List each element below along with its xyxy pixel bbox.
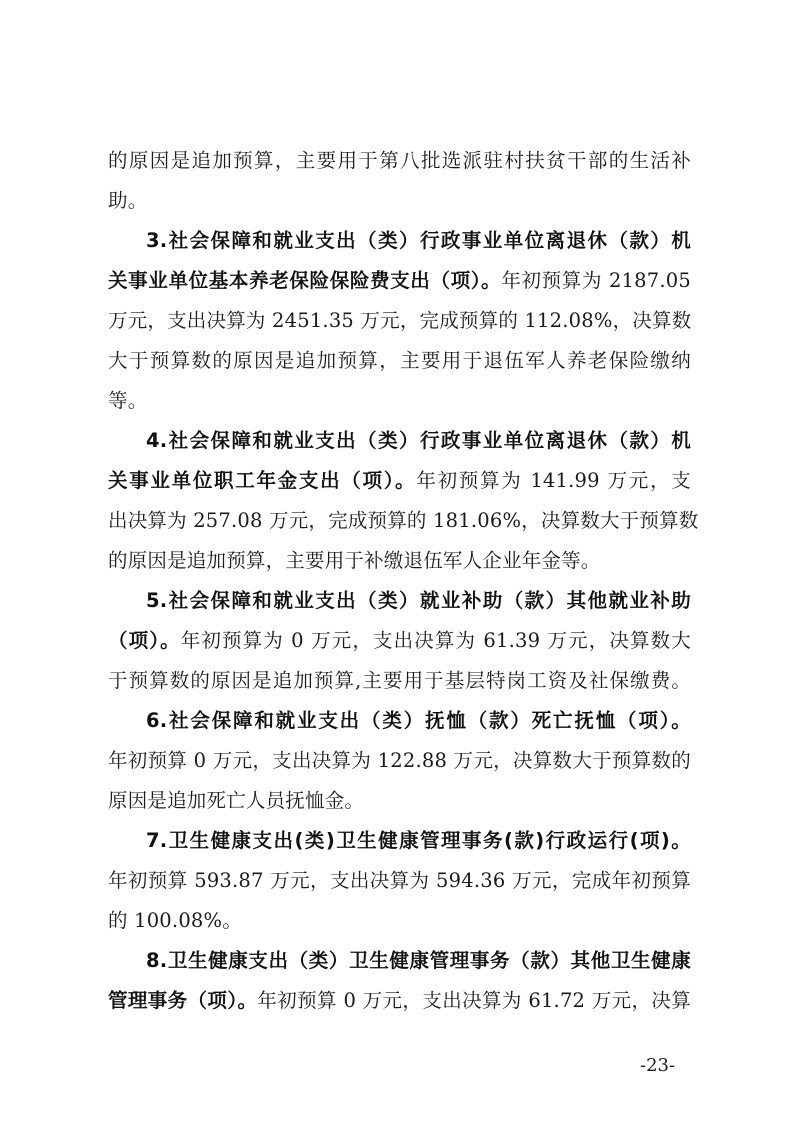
item-heading: （项）。 <box>108 629 181 652</box>
text-line: 3.社会保障和就业支出（类）行政事业单位离退休（款）机 <box>146 226 691 256</box>
text-line: 的原因是追加预算，主要用于补缴退伍军人企业年金等。 <box>108 546 691 576</box>
text-line: 关事业单位职工年金支出（项）。年初预算为 141.99 万元，支 <box>108 466 691 496</box>
item-body: 大于预算数的原因是追加预算，主要用于退伍军人养老保险缴纳 <box>108 349 691 372</box>
text-line: 等。 <box>108 386 691 416</box>
item-body: 原因是追加死亡人员抚恤金。 <box>108 789 364 812</box>
text-line: 管理事务（项）。年初预算 0 万元，支出决算为 61.72 万元，决算 <box>108 986 691 1016</box>
text-line: 年初预算 0 万元，支出决算为 122.88 万元，决算数大于预算数的 <box>108 746 691 776</box>
item-heading: 关事业单位基本养老保险保险费支出（项）。 <box>108 269 501 292</box>
item-body: 等。 <box>108 389 147 412</box>
item-heading: 7.卫生健康支出(类)卫生健康管理事务(款)行政运行(项)。 <box>146 829 691 852</box>
item-body: 年初预算 0 万元，支出决算为 61.72 万元，决算 <box>257 989 691 1012</box>
item-body: 助。 <box>108 189 147 212</box>
item-body: 万元，支出决算为 2451.35 万元，完成预算的 112.08%，决算数 <box>108 309 691 332</box>
item-body: 的原因是追加预算，主要用于补缴退伍军人企业年金等。 <box>108 549 601 572</box>
text-line: 8.卫生健康支出（类）卫生健康管理事务（款）其他卫生健康 <box>146 946 691 976</box>
text-line: 出决算为 257.08 万元，完成预算的 181.06%，决算数大于预算数 <box>108 506 691 536</box>
item-heading: 管理事务（项）。 <box>108 989 257 1012</box>
page-number: -23- <box>640 1055 675 1076</box>
item-body: 于预算数的原因是追加预算,主要用于基层特岗工资及社保缴费。 <box>108 669 691 692</box>
item-heading: 3.社会保障和就业支出（类）行政事业单位离退休（款）机 <box>146 229 691 252</box>
text-line: 大于预算数的原因是追加预算，主要用于退伍军人养老保险缴纳 <box>108 346 691 376</box>
text-line: 的 100.08%。 <box>108 906 691 936</box>
item-heading: 关事业单位职工年金支出（项）。 <box>108 469 416 492</box>
text-line: 5.社会保障和就业支出（类）就业补助（款）其他就业补助 <box>146 586 691 616</box>
item-body: 年初预算为 141.99 万元，支 <box>416 469 691 492</box>
item-heading: 8.卫生健康支出（类）卫生健康管理事务（款）其他卫生健康 <box>146 949 691 972</box>
text-line: 4.社会保障和就业支出（类）行政事业单位离退休（款）机 <box>146 426 691 456</box>
text-line: 助。 <box>108 186 691 216</box>
item-body: 的原因是追加预算，主要用于第八批选派驻村扶贫干部的生活补 <box>108 149 691 172</box>
text-line: 万元，支出决算为 2451.35 万元，完成预算的 112.08%，决算数 <box>108 306 691 336</box>
item-heading: 6.社会保障和就业支出（类）抚恤（款）死亡抚恤（项）。 <box>146 709 691 732</box>
item-heading: 4.社会保障和就业支出（类）行政事业单位离退休（款）机 <box>146 429 691 452</box>
item-body: 出决算为 257.08 万元，完成预算的 181.06%，决算数大于预算数 <box>108 509 699 532</box>
item-body: 年初预算为 2187.05 <box>501 269 691 292</box>
text-line: 6.社会保障和就业支出（类）抚恤（款）死亡抚恤（项）。 <box>146 706 691 736</box>
item-body: 年初预算为 0 万元，支出决算为 61.39 万元，决算数大 <box>181 629 691 652</box>
item-heading: 5.社会保障和就业支出（类）就业补助（款）其他就业补助 <box>146 589 691 612</box>
text-line: 7.卫生健康支出(类)卫生健康管理事务(款)行政运行(项)。 <box>146 826 691 856</box>
item-body: 的 100.08%。 <box>108 909 242 932</box>
text-line: 原因是追加死亡人员抚恤金。 <box>108 786 691 816</box>
document-page: 的原因是追加预算，主要用于第八批选派驻村扶贫干部的生活补助。3.社会保障和就业支… <box>0 0 793 1122</box>
text-line: 于预算数的原因是追加预算,主要用于基层特岗工资及社保缴费。 <box>108 666 691 696</box>
text-line: 关事业单位基本养老保险保险费支出（项）。年初预算为 2187.05 <box>108 266 691 296</box>
text-line: （项）。年初预算为 0 万元，支出决算为 61.39 万元，决算数大 <box>108 626 691 656</box>
item-body: 年初预算 0 万元，支出决算为 122.88 万元，决算数大于预算数的 <box>108 749 691 772</box>
text-line: 年初预算 593.87 万元，支出决算为 594.36 万元，完成年初预算 <box>108 866 691 896</box>
item-body: 年初预算 593.87 万元，支出决算为 594.36 万元，完成年初预算 <box>108 869 691 892</box>
text-line: 的原因是追加预算，主要用于第八批选派驻村扶贫干部的生活补 <box>108 146 691 176</box>
